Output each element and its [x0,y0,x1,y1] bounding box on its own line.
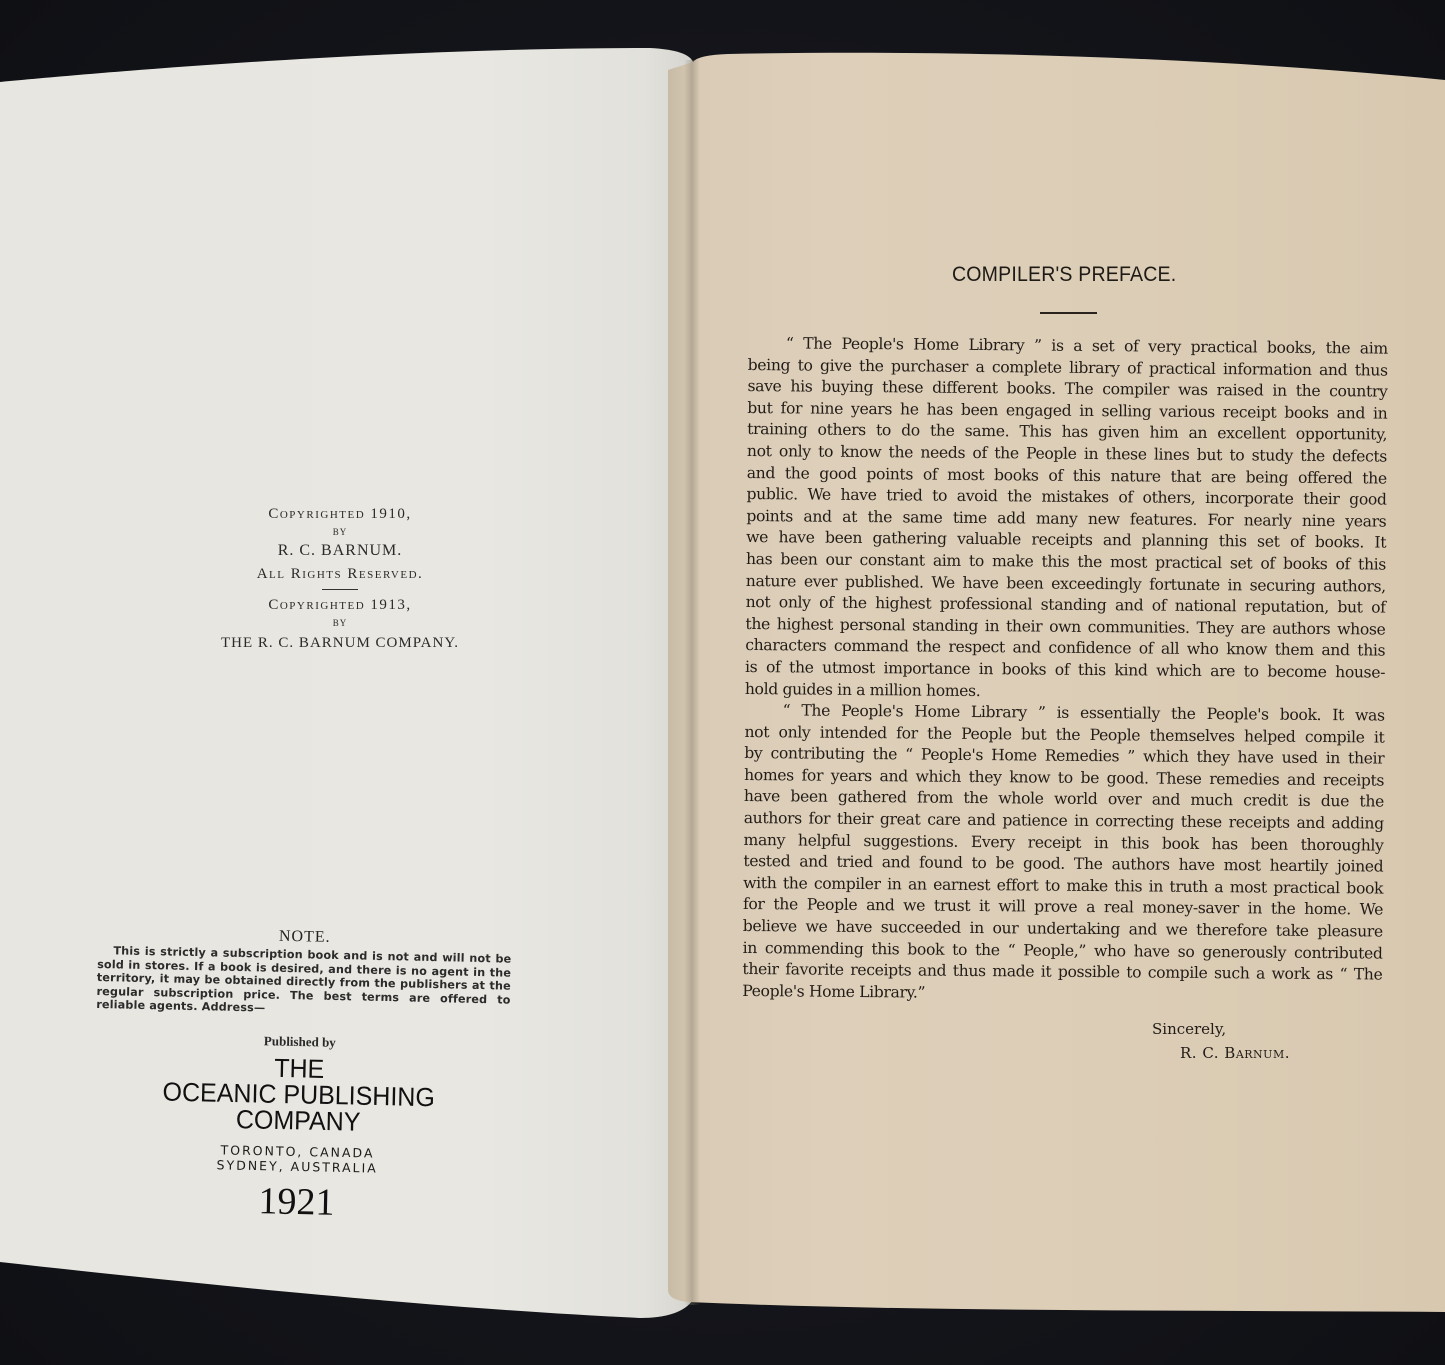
copyright-by-2: BY [150,616,530,630]
publisher-imprint: Published by THE OCEANIC PUBLISHING COMP… [146,1031,450,1227]
publication-year: 1921 [146,1177,447,1227]
book-gutter [684,60,700,1305]
note-body: This is strictly a subscription book and… [96,944,511,1020]
copyright-holder-name: R. C. BARNUM. [150,539,530,563]
copyright-company: THE R. C. BARNUM COMPANY. [150,630,530,656]
preface-title-rule [1040,312,1097,314]
copyright-divider [322,589,358,590]
copyright-block: Copyrighted 1910, BY R. C. BARNUM. All R… [150,503,530,656]
publisher-name-line-3: COMPANY [148,1104,449,1138]
copyright-by-1: BY [150,525,530,539]
signature-name: R. C. Barnum. [1152,1041,1290,1065]
signoff-block: Sincerely, R. C. Barnum. [1152,1017,1290,1065]
preface-body: “ The People's Home Library ” is a set o… [742,333,1388,1008]
signoff-salutation: Sincerely, [1152,1017,1290,1041]
subscription-note: NOTE. This is strictly a subscription bo… [96,924,512,1020]
copyright-line-1910: Copyrighted 1910, [150,503,530,525]
copyright-line-1913: Copyrighted 1913, [150,594,530,616]
preface-title: COMPILER'S PREFACE. [952,263,1176,287]
all-rights-reserved: All Rights Reserved. [150,563,530,585]
